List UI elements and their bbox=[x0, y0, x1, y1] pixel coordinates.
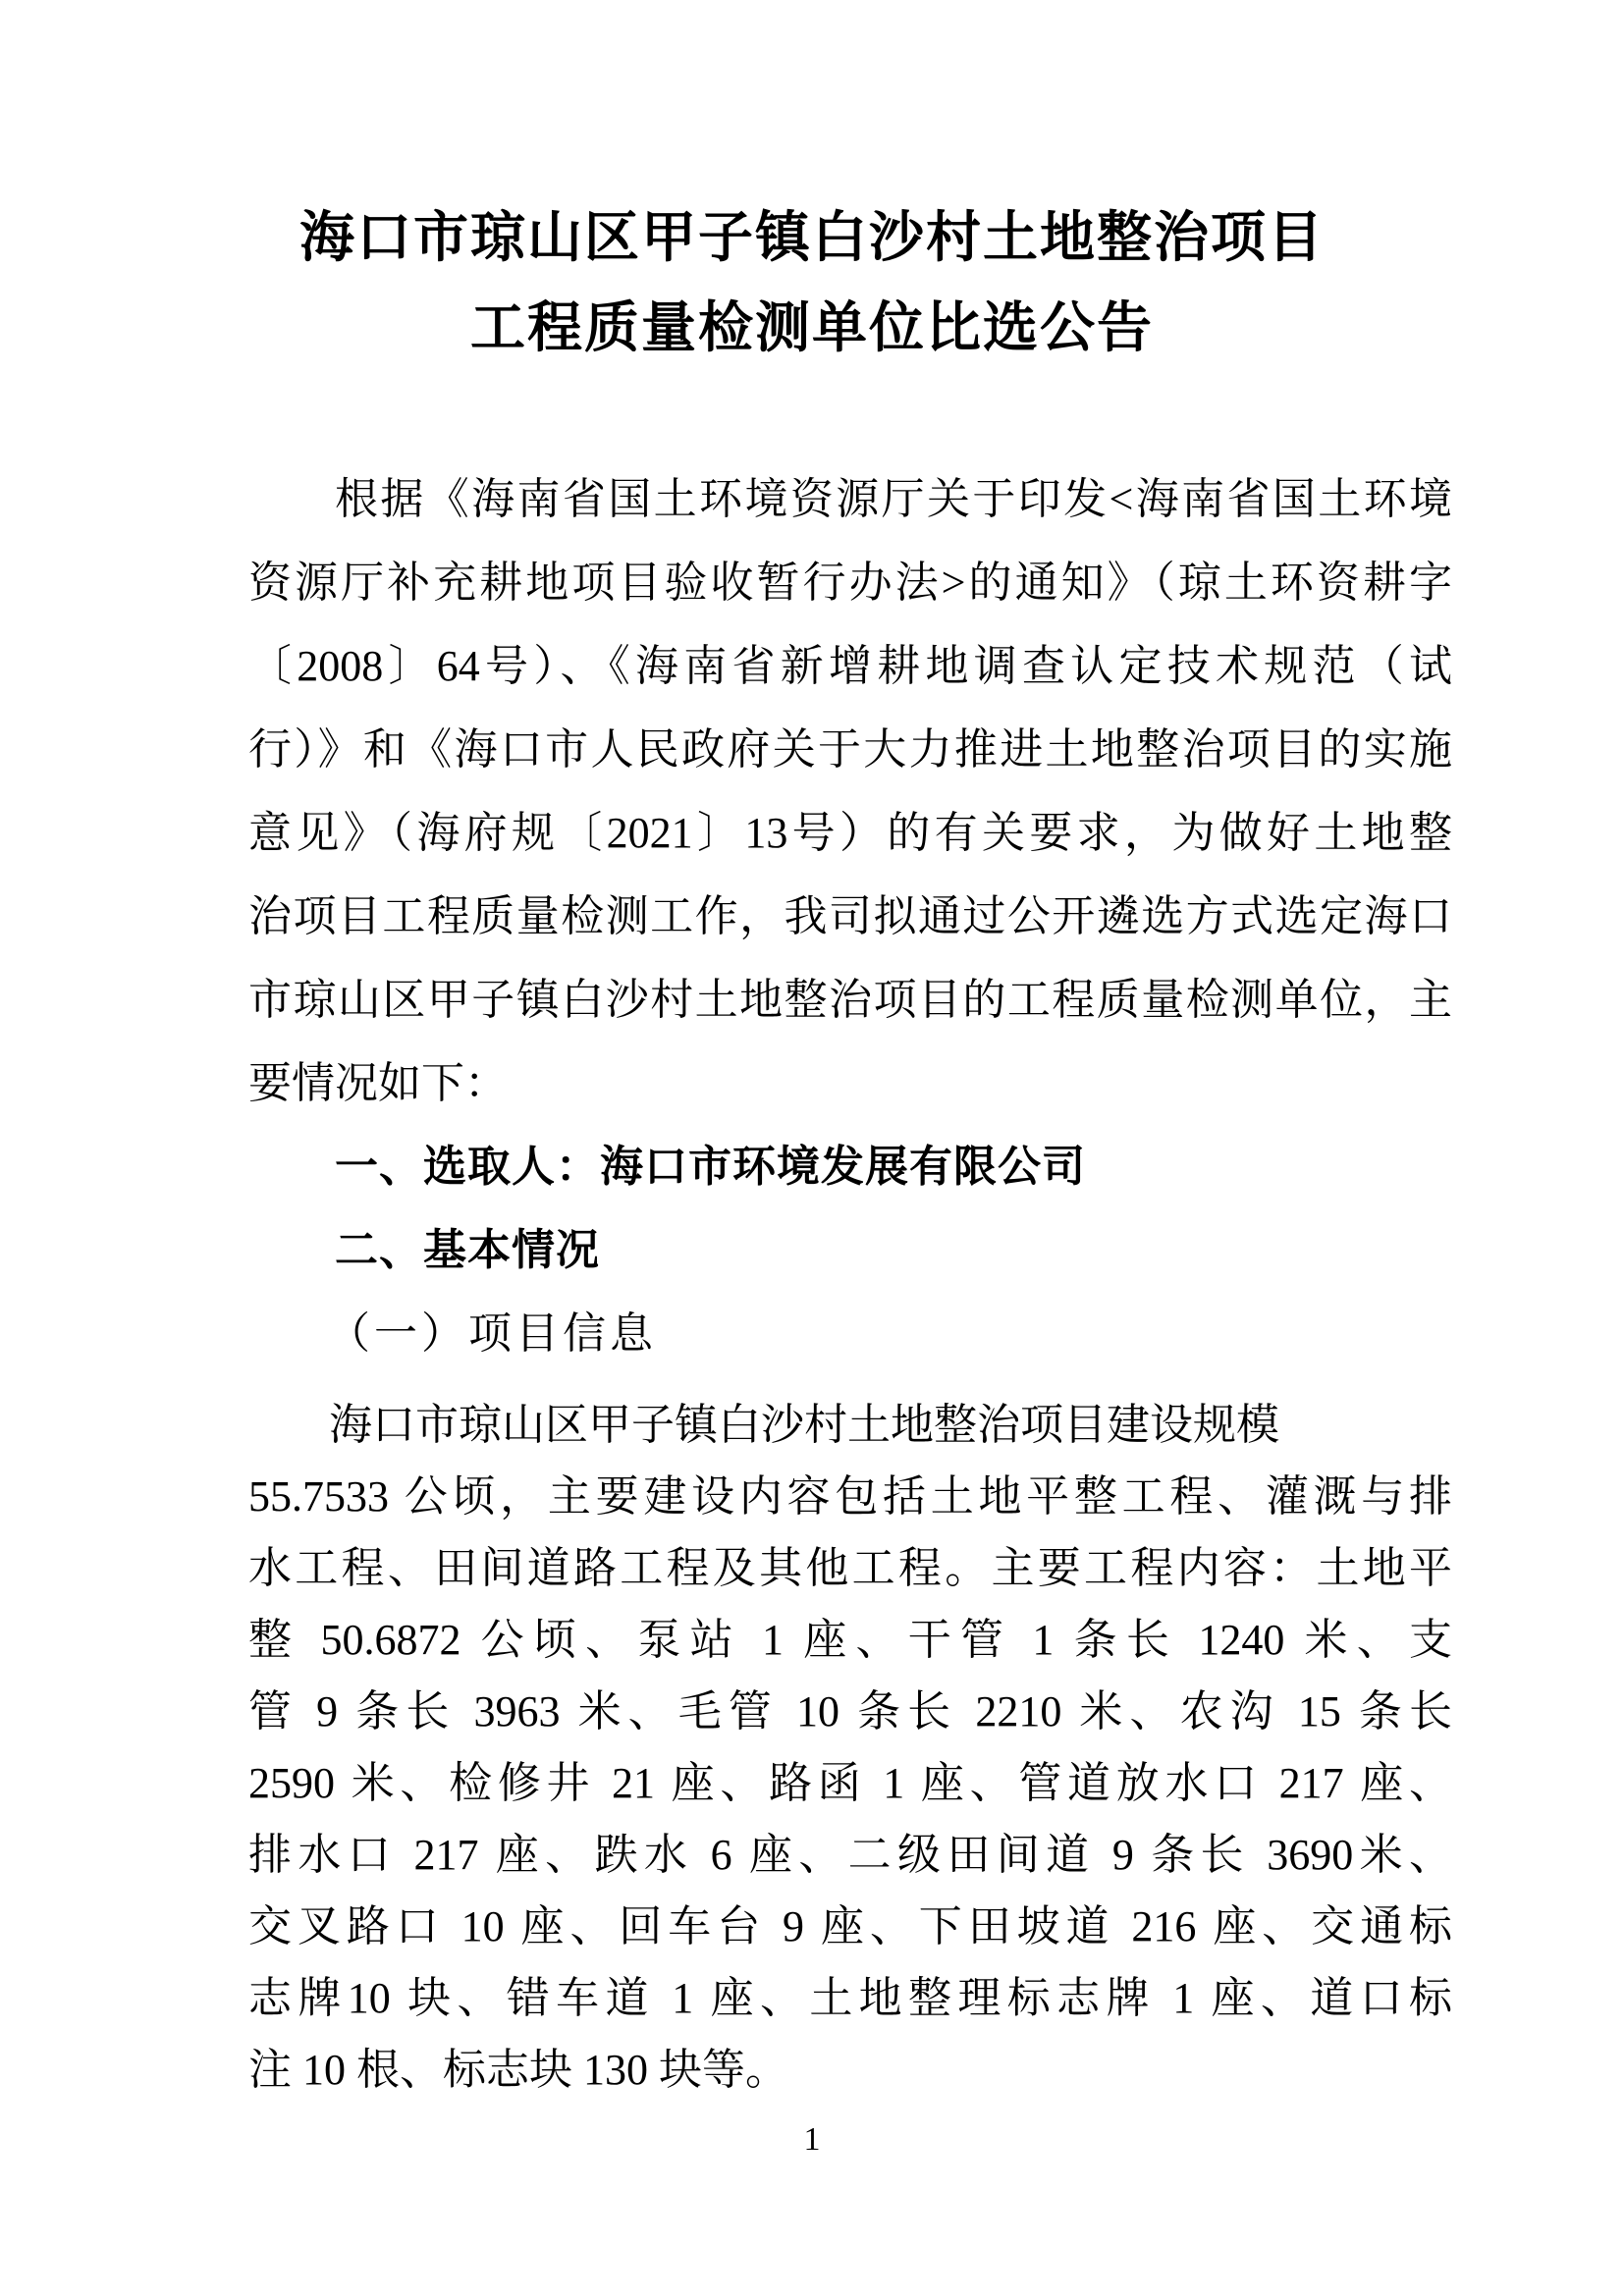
document-body-lower: 海口市琼山区甲子镇白沙村土地整治项目建设规模55.7533 公顷，主要建设内容包… bbox=[248, 1389, 1452, 2106]
text-line: 55.7533 公顷，主要建设内容包括土地平整工程、灌溉与排 bbox=[248, 1461, 1452, 1532]
document-page: 海口市琼山区甲子镇白沙村土地整治项目 工程质量检测单位比选公告 根据《海南省国土… bbox=[0, 0, 1624, 2296]
document-body-upper: 根据《海南省国土环境资源厅关于印发<海南省国土环境资源厅补充耕地项目验收暂行办法… bbox=[248, 457, 1452, 1375]
title-line-2: 工程质量检测单位比选公告 bbox=[0, 284, 1624, 374]
text-line: 交叉路口 10 座、回车台 9 座、下田坡道 216 座、交通标 bbox=[248, 1891, 1452, 1962]
text-line: 管 9 条长 3963 米、毛管 10 条长 2210 米、农沟 15 条长 bbox=[248, 1676, 1452, 1747]
text-line: 要情况如下： bbox=[248, 1041, 1452, 1125]
text-line: 水工程、田间道路工程及其他工程。主要工程内容：土地平 bbox=[248, 1532, 1452, 1604]
text-line: 排水口 217 座、跌水 6 座、二级田间道 9 条长 3690米、 bbox=[248, 1819, 1452, 1891]
text-line: 志牌10 块、错车道 1 座、土地整理标志牌 1 座、道口标 bbox=[248, 1962, 1452, 2034]
page-number: 1 bbox=[0, 2120, 1624, 2160]
text-line: 整 50.6872 公顷、泵站 1 座、干管 1 条长 1240 米、支 bbox=[248, 1604, 1452, 1676]
text-line: 意见》（海府规〔2021〕13号）的有关要求，为做好土地整 bbox=[248, 791, 1452, 875]
text-line: 行）》和《海口市人民政府关于大力推进土地整治项目的实施 bbox=[248, 708, 1452, 791]
intro-paragraph: 根据《海南省国土环境资源厅关于印发<海南省国土环境资源厅补充耕地项目验收暂行办法… bbox=[248, 457, 1452, 1125]
title-line-1: 海口市琼山区甲子镇白沙村土地整治项目 bbox=[0, 193, 1624, 284]
heading-basic-situation: 二、基本情况 bbox=[248, 1208, 1452, 1292]
text-line: 2590 米、检修井 21 座、路函 1 座、管道放水口 217 座、 bbox=[248, 1747, 1452, 1819]
text-line: 注 10 根、标志块 130 块等。 bbox=[248, 2034, 1452, 2106]
project-info-paragraph: 海口市琼山区甲子镇白沙村土地整治项目建设规模55.7533 公顷，主要建设内容包… bbox=[248, 1389, 1452, 2106]
document-title: 海口市琼山区甲子镇白沙村土地整治项目 工程质量检测单位比选公告 bbox=[0, 193, 1624, 374]
heading-selecting-party: 一、选取人：海口市环境发展有限公司 bbox=[248, 1125, 1452, 1208]
subheading-project-info: （一）项目信息 bbox=[248, 1292, 1452, 1375]
text-line: 资源厅补充耕地项目验收暂行办法>的通知》（琼土环资耕字 bbox=[248, 541, 1452, 624]
text-line: 〔2008〕64号）、《海南省新增耕地调查认定技术规范（试 bbox=[248, 624, 1452, 708]
text-line: 根据《海南省国土环境资源厅关于印发<海南省国土环境 bbox=[248, 457, 1452, 541]
text-line: 市琼山区甲子镇白沙村土地整治项目的工程质量检测单位，主 bbox=[248, 958, 1452, 1041]
text-line: 海口市琼山区甲子镇白沙村土地整治项目建设规模 bbox=[248, 1389, 1452, 1461]
text-line: 治项目工程质量检测工作，我司拟通过公开遴选方式选定海口 bbox=[248, 875, 1452, 958]
